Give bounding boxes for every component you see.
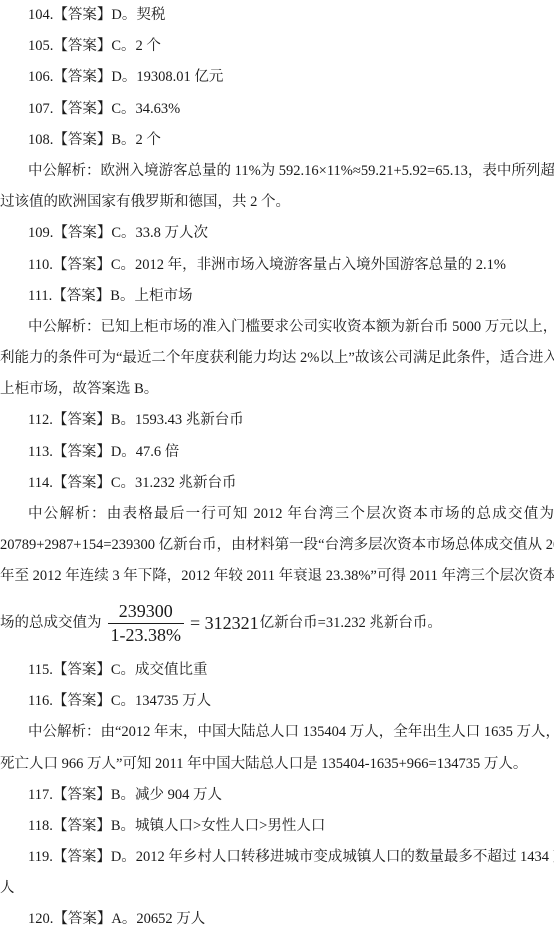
analysis-continuation-line: 年至 2012 年连续 3 年下降，2012 年较 2011 年衰退 23.38… bbox=[0, 561, 554, 592]
line-text: 中公解析：已知上柜市场的准入门槛要求公司实收资本额为新台币 5000 万元以上，… bbox=[28, 319, 554, 335]
line-text: 108.【答案】B。2 个 bbox=[28, 132, 161, 148]
line-text: 中公解析：由“2012 年末，中国大陆总人口 135404 万人，全年出生人口 … bbox=[28, 724, 554, 740]
answer-line: 117.【答案】B。减少 904 万人 bbox=[0, 780, 554, 811]
answer-line: 118.【答案】B。城镇人口>女性人口>男性人口 bbox=[0, 811, 554, 842]
answer-line: 116.【答案】C。134735 万人 bbox=[0, 686, 554, 717]
line-text: 111.【答案】B。上柜市场 bbox=[28, 288, 192, 304]
line-text: 过该值的欧洲国家有俄罗斯和德国，共 2 个。 bbox=[0, 194, 290, 210]
answer-line: 104.【答案】D。契税 bbox=[0, 0, 554, 31]
line-text: 110.【答案】C。2012 年，非洲市场入境游客量占入境外国游客总量的 2.1… bbox=[28, 257, 506, 273]
line-text: 115.【答案】C。成交值比重 bbox=[28, 662, 208, 678]
line-text: 中公解析：欧洲入境游客总量的 11%为 592.16×11%≈59.21+5.9… bbox=[28, 163, 554, 179]
line-text: 利能力的条件可为“最近二个年度获利能力均达 2%以上”故该公司满足此条件，适合进… bbox=[0, 350, 554, 366]
analysis-line: 中公解析：欧洲入境游客总量的 11%为 592.16×11%≈59.21+5.9… bbox=[0, 156, 554, 187]
answer-line: 111.【答案】B。上柜市场 bbox=[0, 281, 554, 312]
answer-line: 119.【答案】D。2012 年乡村人口转移进城市变成城镇人口的数量最多不超过 … bbox=[0, 842, 554, 873]
answer-line: 120.【答案】A。20652 万人 bbox=[0, 904, 554, 935]
analysis-continuation-line: 利能力的条件可为“最近二个年度获利能力均达 2%以上”故该公司满足此条件，适合进… bbox=[0, 343, 554, 374]
answer-line: 105.【答案】C。2 个 bbox=[0, 31, 554, 62]
formula-equals-result: = 312321 bbox=[190, 608, 259, 639]
answer-line: 107.【答案】C。34.63% bbox=[0, 94, 554, 125]
analysis-continuation-line: 20789+2987+154=239300 亿新台币，由材料第一段“台湾多层次资… bbox=[0, 530, 554, 561]
line-text: 112.【答案】B。1593.43 兆新台币 bbox=[28, 412, 244, 428]
line-text: 116.【答案】C。134735 万人 bbox=[28, 693, 211, 709]
line-text: 114.【答案】C。31.232 兆新台币 bbox=[28, 475, 237, 491]
line-text: 105.【答案】C。2 个 bbox=[28, 38, 161, 54]
line-text: 106.【答案】D。19308.01 亿元 bbox=[28, 69, 223, 85]
line-text: 中公解析：由表格最后一行可知 2012 年台湾三个层次资本市场的总成交值为 bbox=[28, 506, 554, 522]
line-text: 120.【答案】A。20652 万人 bbox=[28, 911, 205, 927]
line-text: 113.【答案】D。47.6 倍 bbox=[28, 444, 179, 460]
analysis-continuation-line: 死亡人口 966 万人”可知 2011 年中国大陆总人口是 135404-163… bbox=[0, 749, 554, 780]
analysis-continuation-line: 过该值的欧洲国家有俄罗斯和德国，共 2 个。 bbox=[0, 187, 554, 218]
analysis-line: 中公解析：由表格最后一行可知 2012 年台湾三个层次资本市场的总成交值为 bbox=[0, 499, 554, 530]
line-text: 118.【答案】B。城镇人口>女性人口>男性人口 bbox=[28, 818, 325, 834]
line-text: 109.【答案】C。33.8 万人次 bbox=[28, 225, 208, 241]
answer-line: 112.【答案】B。1593.43 兆新台币 bbox=[0, 405, 554, 436]
line-text: 20789+2987+154=239300 亿新台币，由材料第一段“台湾多层次资… bbox=[0, 537, 554, 553]
fraction: 2393001-23.38% bbox=[108, 600, 185, 648]
line-text: 人 bbox=[0, 880, 15, 896]
analysis-continuation-line: 人 bbox=[0, 873, 554, 904]
fraction-numerator: 239300 bbox=[119, 600, 173, 623]
analysis-line: 中公解析：由“2012 年末，中国大陆总人口 135404 万人，全年出生人口 … bbox=[0, 717, 554, 748]
line-text: 107.【答案】C。34.63% bbox=[28, 101, 180, 117]
formula-prefix-text: 场的总成交值为 bbox=[0, 608, 102, 639]
line-text: 年至 2012 年连续 3 年下降，2012 年较 2011 年衰退 23.38… bbox=[0, 568, 554, 584]
formula-suffix-text: 亿新台币=31.232 兆新台币。 bbox=[260, 608, 442, 639]
answer-line: 109.【答案】C。33.8 万人次 bbox=[0, 218, 554, 249]
answer-line: 115.【答案】C。成交值比重 bbox=[0, 655, 554, 686]
line-text: 117.【答案】B。减少 904 万人 bbox=[28, 787, 222, 803]
answer-line: 110.【答案】C。2012 年，非洲市场入境游客量占入境外国游客总量的 2.1… bbox=[0, 250, 554, 281]
line-text: 104.【答案】D。契税 bbox=[28, 7, 165, 23]
analysis-formula-line: 场的总成交值为2393001-23.38%= 312321亿新台币=31.232… bbox=[0, 593, 554, 655]
answer-line: 106.【答案】D。19308.01 亿元 bbox=[0, 62, 554, 93]
line-text: 死亡人口 966 万人”可知 2011 年中国大陆总人口是 135404-163… bbox=[0, 756, 527, 772]
answer-line: 108.【答案】B。2 个 bbox=[0, 125, 554, 156]
line-text: 上柜市场，故答案选 B。 bbox=[0, 381, 158, 397]
line-text: 119.【答案】D。2012 年乡村人口转移进城市变成城镇人口的数量最多不超过 … bbox=[28, 849, 554, 865]
answer-line: 114.【答案】C。31.232 兆新台币 bbox=[0, 468, 554, 499]
analysis-continuation-line: 上柜市场，故答案选 B。 bbox=[0, 374, 554, 405]
document-page: 104.【答案】D。契税105.【答案】C。2 个106.【答案】D。19308… bbox=[0, 0, 554, 936]
answer-line: 113.【答案】D。47.6 倍 bbox=[0, 437, 554, 468]
fraction-denominator: 1-23.38% bbox=[108, 623, 185, 647]
analysis-line: 中公解析：已知上柜市场的准入门槛要求公司实收资本额为新台币 5000 万元以上，… bbox=[0, 312, 554, 343]
